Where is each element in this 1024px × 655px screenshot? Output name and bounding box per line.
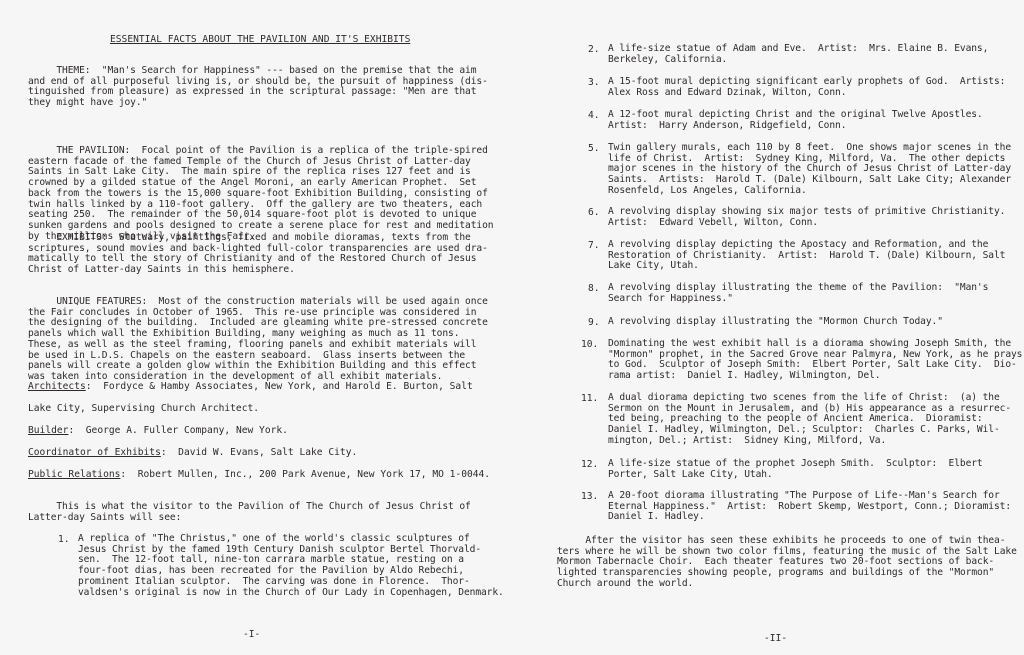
page-number: -II- [764, 633, 787, 644]
credit-text: : Fordyce & Hamby Associates, New York, … [86, 381, 473, 392]
item-number: 5. [588, 143, 600, 154]
pavilion-paragraph: THE PAVILION: Focal point of the Pavilio… [28, 146, 493, 242]
item-number: 2. [588, 44, 600, 55]
right-page: 2.A life-size statue of Adam and Eve. Ar… [512, 0, 1024, 655]
item-number: 7. [588, 240, 600, 251]
credit-architects-cont: Lake City, Supervising Church Architect. [28, 403, 259, 414]
document-title: ESSENTIAL FACTS ABOUT THE PAVILION AND I… [110, 34, 410, 45]
list-item: Twin gallery murals, each 110 by 8 feet.… [608, 143, 1011, 197]
list-item: A revolving display illustrating the the… [608, 283, 988, 304]
credit-text: Lake City, Supervising Church Architect. [28, 403, 259, 414]
credit-builder: Builder: George A. Fuller Company, New Y… [28, 425, 288, 436]
item-number: 12. [581, 459, 598, 470]
item-number: 4. [588, 110, 600, 121]
list-item: A 15-foot mural depicting significant ea… [608, 77, 1005, 98]
page-number: -I- [243, 629, 260, 640]
credit-text: : David W. Evans, Salt Lake City. [161, 447, 357, 458]
list-item: Dominating the west exhibit hall is a di… [608, 339, 1022, 382]
closing-paragraph: After the visitor has seen these exhibit… [557, 536, 1017, 590]
item-number: 1. [58, 534, 70, 545]
list-item: A revolving display depicting the Aposta… [608, 240, 1005, 272]
credit-label: Builder [28, 425, 68, 436]
exhibits-paragraph: EXHIBITS: Statuary, paintings, fixed and… [28, 233, 488, 276]
item-number: 8. [588, 283, 600, 294]
list-item: A revolving display illustrating the "Mo… [608, 317, 943, 328]
item-number: 11. [581, 393, 598, 404]
credit-label: Architects [28, 381, 86, 392]
credit-text: : George A. Fuller Company, New York. [68, 425, 288, 436]
unique-features-paragraph: UNIQUE FEATURES: Most of the constructio… [28, 297, 488, 383]
credit-public-relations: Public Relations: Robert Mullen, Inc., 2… [28, 469, 490, 480]
list-item: A revolving display showing six major te… [608, 207, 1005, 228]
credit-text: : Robert Mullen, Inc., 200 Park Avenue, … [120, 469, 490, 480]
item-number: 13. [581, 491, 598, 502]
item-text: A replica of "The Christus," one of the … [78, 534, 504, 598]
list-item: A life-size statue of Adam and Eve. Arti… [608, 44, 988, 65]
theme-paragraph: THEME: "Man's Search for Happiness" --- … [28, 66, 488, 109]
credit-label: Public Relations [28, 469, 120, 480]
list-item: A dual diorama depicting two scenes from… [608, 393, 1011, 447]
list-item: A 20-foot diorama illustrating "The Purp… [608, 491, 1011, 523]
credit-coordinator: Coordinator of Exhibits: David W. Evans,… [28, 447, 357, 458]
item-number: 6. [588, 207, 600, 218]
left-page: ESSENTIAL FACTS ABOUT THE PAVILION AND I… [0, 0, 512, 655]
item-number: 10. [581, 339, 598, 350]
intro-paragraph: This is what the visitor to the Pavilion… [28, 502, 471, 523]
list-item: A life-size statue of the prophet Joseph… [608, 459, 983, 480]
list-item: A 12-foot mural depicting Christ and the… [608, 110, 983, 131]
credit-architects: Architects: Fordyce & Hamby Associates, … [28, 381, 473, 392]
item-number: 3. [588, 77, 600, 88]
item-number: 9. [588, 317, 600, 328]
credit-label: Coordinator of Exhibits [28, 447, 161, 458]
